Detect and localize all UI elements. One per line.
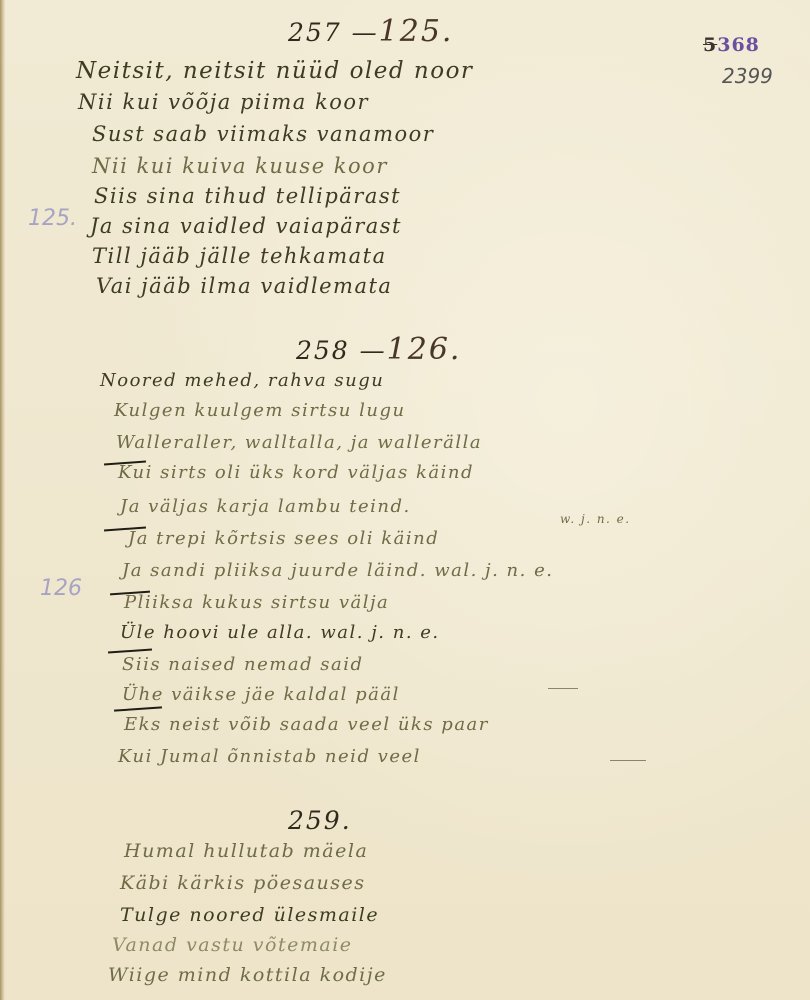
verse-line: Siis naised nemad said xyxy=(122,654,364,675)
verse-line: Wiige mind kottila kodije xyxy=(108,964,387,986)
pencil-dash xyxy=(548,688,578,689)
verse-line: Tulge noored ülesmaile xyxy=(120,904,379,926)
archive-number: 2399 xyxy=(722,64,773,88)
verse-line: Noored mehed, rahva sugu xyxy=(100,370,384,391)
verse-line: Pliiksa kukus sirtsu välja xyxy=(124,592,389,613)
song-heading-258: 258 —126. xyxy=(296,332,461,367)
verse-line: Nii kui kuiva kuuse koor xyxy=(92,154,388,178)
verse-line: Sust saab viimaks vanamoor xyxy=(92,122,434,146)
verse-line: Vanad vastu võtemaie xyxy=(112,934,353,956)
margin-underline-mark xyxy=(108,648,152,653)
verse-line: Eks neist võib saada veel üks paar xyxy=(124,714,489,735)
verse-line: Kulgen kuulgem sirtsu lugu xyxy=(114,400,406,421)
stamp-number: 368 xyxy=(717,34,760,56)
song-number: 257 xyxy=(288,18,342,47)
verse-line: Ühe väikse jäe kaldal pääl xyxy=(122,684,400,705)
verse-line: Vai jääb ilma vaidlemata xyxy=(96,274,392,298)
verse-line: Käbi kärkis pöesauses xyxy=(120,872,366,894)
stamp-old-digit: 5 xyxy=(703,34,717,56)
margin-note-126: 126 xyxy=(40,576,82,601)
song-number: 259. xyxy=(288,806,352,835)
verse-line: Ja sina vaidled vaiapärast xyxy=(90,214,402,238)
manuscript-page: 5368 2399 257 —125. 125. Neitsit, neitsi… xyxy=(0,0,810,1000)
verse-line: Kui sirts oli üks kord väljas käind xyxy=(118,462,474,483)
verse-line: Ja sandi pliiksa juurde läind. wal. j. n… xyxy=(122,560,553,581)
verse-line: Siis sina tihud tellipärast xyxy=(94,184,401,208)
binding-edge xyxy=(0,0,5,1000)
heading-dash: — xyxy=(352,18,379,47)
verse-line: Ja väljas karja lambu teind. xyxy=(120,496,411,517)
verse-line: Nii kui võõja piima koor xyxy=(78,90,369,114)
song-alt-number: 126. xyxy=(387,332,462,367)
verse-line: Humal hullutab mäela xyxy=(124,840,368,862)
song-alt-number: 125. xyxy=(379,14,454,49)
verse-line: Walleraller, walltalla, ja wallerälla xyxy=(116,432,482,453)
archive-stamp: 5368 xyxy=(703,34,760,56)
song-heading-259: 259. xyxy=(288,806,352,835)
verse-line: Ja trepi kõrtsis sees oli käind xyxy=(128,528,439,549)
margin-underline-mark xyxy=(114,706,162,711)
verse-line: Üle hoovi ule alla. wal. j. n. e. xyxy=(120,622,440,643)
margin-note-125: 125. xyxy=(28,206,77,231)
song-heading-257: 257 —125. xyxy=(288,14,453,49)
verse-line: Till jääb jälle tehkamata xyxy=(92,244,387,268)
verse-line: Neitsit, neitsit nüüd oled noor xyxy=(76,58,473,84)
inline-annotation: w. j. n. e. xyxy=(560,512,631,526)
verse-line: Kui Jumal õnnistab neid veel xyxy=(118,746,421,767)
heading-dash: — xyxy=(360,336,387,365)
song-number: 258 xyxy=(296,336,350,365)
pencil-dash xyxy=(610,760,646,761)
